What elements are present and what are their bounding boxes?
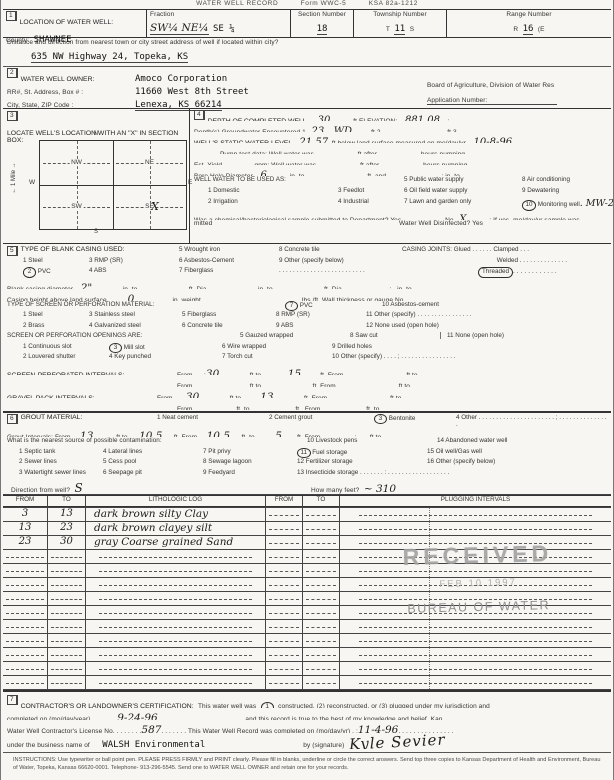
direction-distance-row: Direction from well? S How many feet? ~ … [7, 479, 607, 493]
range-value: 16 [523, 24, 534, 35]
circled-7: 7 [285, 301, 298, 312]
license-label: Water Well Contractor's License No. . . … [7, 728, 141, 733]
direction-label: Direction from well? [11, 487, 70, 494]
log-cell-empty [48, 620, 86, 633]
casing-option: 7 Fiberglass [179, 267, 279, 274]
log-table-body [3, 550, 611, 690]
contamination-options: What is the nearest source of possible c… [7, 437, 607, 479]
log-cell-empty [3, 606, 48, 619]
section-6-grout: 6GROUT MATERIAL: 1 Neat cement 2 Cement … [3, 412, 611, 496]
contamination-option: 4 Lateral lines [103, 448, 203, 455]
signature-label: by (signature) [303, 742, 344, 749]
range-cell: Range Number R 16 (E [446, 10, 611, 37]
use-option: 8 Air conditioning [522, 176, 614, 187]
quadrant-nw: NW [40, 141, 113, 185]
log-table-empty-row [3, 592, 611, 606]
section-number-label: Section Number [294, 11, 350, 18]
log-cell-empty [303, 522, 340, 535]
col-header-plugging: PLUGGING INTERVALS [340, 496, 611, 507]
gravel-interval-from: 30 [186, 391, 199, 399]
casing-option: 8 Concrete tile [279, 246, 402, 253]
form-title: WATER WELL RECORD [196, 0, 278, 7]
col-header-from-2: FROM [266, 496, 303, 507]
log-from: 13 [3, 522, 48, 535]
log-cell-empty [266, 676, 303, 689]
log-cell-empty [340, 676, 611, 689]
sample-tail: . . . . . . ; If yes, mo/day/yr sample w… [466, 217, 579, 220]
screen-interval-to: 15 [288, 368, 301, 376]
openings-option: 7 Torch cut [222, 353, 332, 360]
log-table-empty-row [3, 620, 611, 634]
quadrant-ne: NE [113, 141, 186, 185]
screen-openings-options: SCREEN OR PERFORATION OPENINGS ARE: 5 Ga… [7, 332, 607, 364]
openings-option-mill-slot: 3 Mill slot [109, 343, 222, 354]
col-header-lithologic-log: LITHOLOGIC LOG [86, 496, 266, 507]
log-table-row: 13 23 dark brown clayey silt [3, 522, 611, 536]
log-cell-empty [340, 564, 611, 577]
casing-option: 4 ABS [89, 267, 179, 274]
quadrant-sw-label: SW [69, 203, 83, 210]
log-cell-empty [48, 564, 86, 577]
openings-title: SCREEN OR PERFORATION OPENINGS ARE: [7, 332, 240, 339]
log-cell-empty [86, 634, 266, 647]
log-cell-empty [340, 592, 611, 605]
log-cell-empty [48, 606, 86, 619]
log-cell-empty [3, 634, 48, 647]
contamination-option: 1 Septic tank [7, 448, 103, 455]
interval-row-2: From. . . . . . . . . . . . . . . ft to … [177, 383, 469, 387]
casing-option-pvc: 2 PVC [7, 267, 89, 278]
log-cell-empty [303, 592, 340, 605]
use-option: 4 Industrial [338, 198, 404, 209]
use-option: 2 Irrigation [194, 198, 338, 209]
screen-material-title: TYPE OF SCREEN OR PERFORATION MATERIAL: [7, 301, 285, 308]
log-cell-empty [86, 578, 266, 591]
contamination-option: 10 Livestock pens [307, 437, 437, 444]
log-cell-empty [303, 564, 340, 577]
screen-option: 9 ABS [276, 322, 366, 329]
log-to: 23 [48, 522, 86, 535]
log-cell-empty [3, 578, 48, 591]
log-to: 13 [48, 508, 86, 521]
well-address: 635 NW Highway 24, Topeka, KS [31, 52, 188, 63]
business-name-label: under the business name of [7, 742, 90, 749]
log-cell-empty [48, 676, 86, 689]
log-cell-empty [48, 648, 86, 661]
log-table-header: FROM TO LITHOLOGIC LOG FROM TO PLUGGING … [3, 496, 611, 508]
casing-option: 1 Steel [7, 257, 89, 264]
casing-joints-label: CASING JOINTS: Glued . . . . . . Clamped… [402, 246, 607, 253]
log-cell-empty [48, 592, 86, 605]
log-cell-empty [340, 522, 611, 535]
screen-pvc-label: PVC [300, 302, 313, 309]
openings-option: 10 Other (specify) . . . . ; . . . . . .… [332, 353, 422, 360]
log-cell-empty [48, 550, 86, 563]
screen-option: 4 Galvanized steel [89, 322, 182, 329]
section-2-number: 2 [7, 68, 18, 78]
sample-tail2: mitted [194, 220, 212, 227]
col-header-from: FROM [3, 496, 48, 507]
log-description: gray Coarse grained Sand [86, 536, 266, 549]
openings-option: 4 Key punched [109, 353, 222, 360]
fraction-cell: Fraction SW¼ NE¼ SE ¼ [146, 10, 290, 37]
log-table-empty-row [3, 606, 611, 620]
section-3-number: 3 [7, 111, 18, 121]
log-cell-empty [266, 578, 303, 591]
casing-other-dots: . . . . . . . . . . . . . . . . . . . . … [279, 267, 402, 274]
section-5-casing: 5TYPE OF BLANK CASING USED: 5 Wrought ir… [3, 244, 611, 412]
compass-east-label: E [188, 179, 192, 186]
openings-option: 2 Louvered shutter [7, 353, 109, 360]
log-cell-empty [86, 550, 266, 563]
log-cell-empty [266, 606, 303, 619]
log-cell-empty [266, 564, 303, 577]
use-title: WELL WATER TO BE USED AS: [194, 176, 338, 187]
log-cell-empty [86, 564, 266, 577]
casing-title: TYPE OF BLANK CASING USED: [21, 246, 125, 253]
log-cell-empty [303, 648, 340, 661]
screen-option: 6 Concrete tile [182, 322, 276, 329]
log-cell-empty [303, 676, 340, 689]
casing-option: 3 RMP (SR) [89, 257, 179, 264]
quadrant-sw: SW [40, 185, 113, 229]
grout-v3: 10.5 [207, 430, 230, 438]
log-cell-empty [86, 592, 266, 605]
location-cell: 1LOCATION OF WATER WELL: County: SHAWNEE [3, 10, 146, 37]
log-cell-empty [86, 606, 266, 619]
completed-date: 9-24-96 [117, 712, 158, 721]
use-option: 5 Public water supply [404, 176, 522, 187]
screen-option: 3 Stainless steel [89, 311, 182, 318]
monitoring-label: Monitoring well [538, 201, 580, 208]
agency-block: Board of Agriculture, Division of Water … [427, 68, 607, 107]
form-number: Form WWC-5 [301, 0, 347, 7]
openings-option: 5 Gauzed wrapped [240, 332, 350, 339]
screen-option: 11 Other (specify) . . . . . . . . . . .… [366, 311, 607, 318]
log-cell-empty [340, 648, 611, 661]
mill-slot-label: Mill slot [124, 344, 145, 351]
use-option: 9 Dewatering [522, 187, 614, 198]
section-6-number: 6 [7, 414, 18, 424]
township-cell: Township Number T 11 S [353, 10, 446, 37]
section-5-number: 5 [7, 246, 18, 256]
log-cell-empty [340, 634, 611, 647]
use-option: 1 Domestic [194, 187, 338, 198]
log-table-row: 23 30 gray Coarse grained Sand [3, 536, 611, 550]
quadrant-nw-label: NW [69, 159, 84, 166]
business-name-value: WALSH Environmental [102, 740, 205, 749]
log-cell-empty [303, 662, 340, 675]
log-cell-empty [303, 508, 340, 521]
log-description: dark brown clayey silt [86, 522, 266, 535]
log-cell-empty [3, 620, 48, 633]
screen-option: 8 RMP (SR) [276, 311, 366, 318]
contamination-option: 5 Cess pool [103, 458, 203, 465]
section-3-4-row: 3LOCATE WELL'S LOCATION WITH AN "X" IN S… [3, 109, 611, 244]
circled-2: 2 [23, 267, 36, 278]
well-location-x-mark: X [151, 200, 159, 213]
screen-option: 12 None used (open hole) [366, 322, 607, 329]
distance-row: Distance and direction from nearest town… [3, 38, 611, 67]
casing-diameter-value: 2" [81, 282, 93, 290]
contamination-option: 2 Sewer lines [7, 458, 103, 465]
contamination-title: What is the nearest source of possible c… [7, 437, 307, 444]
log-cell-empty [340, 620, 611, 633]
log-cell-empty [48, 634, 86, 647]
col-header-to-2: TO [303, 496, 340, 507]
contamination-option: 7 Pit privy [203, 448, 297, 455]
section-4-number: 4 [194, 110, 205, 120]
gravel-interval-to: 13 [260, 391, 273, 399]
direction-value: S [75, 481, 83, 495]
log-cell-empty [3, 648, 48, 661]
owner-fields: 2WATER WELL OWNER:Amoco Corporation RR#,… [7, 68, 427, 107]
log-cell-empty [3, 564, 48, 577]
section-box-panel: 3LOCATE WELL'S LOCATION WITH AN "X" IN S… [3, 109, 190, 243]
log-cell-empty [266, 648, 303, 661]
water-use-options: WELL WATER TO BE USED AS: 1 Domestic 2 I… [194, 176, 614, 209]
grout-title: GROUT MATERIAL: [21, 414, 83, 421]
log-cell-empty [340, 662, 611, 675]
section-box-diagram: NW NE SW SE X [39, 140, 187, 230]
fuel-storage-label: Fuel storage [312, 449, 347, 456]
contamination-option: 13 Insecticide storage . . . . . . . : .… [297, 469, 607, 476]
grout-v1: 13 [80, 430, 93, 438]
log-table-empty-row [3, 662, 611, 676]
feet-label: How many feet? [311, 487, 359, 494]
log-cell-empty [266, 550, 303, 563]
casing-joint-welded: Welded . . . . . . . . . . . . . . [402, 257, 607, 264]
range-label: Range Number [450, 11, 608, 18]
location-header-row: 1LOCATION OF WATER WELL: County: SHAWNEE… [3, 9, 611, 38]
bentonite-label: Bentonite [389, 415, 416, 422]
one-mile-scale-label: ← 1 Mile → [11, 143, 17, 213]
section-7-certification: 7CONTRACTOR'S OR LANDOWNER'S CERTIFICATI… [3, 690, 611, 750]
openings-option: 1 Continuous slot [7, 343, 109, 350]
log-cell-empty [303, 578, 340, 591]
owner-city-label: City, State, ZIP Code : [7, 102, 135, 109]
lithologic-log-table: FROM TO LITHOLOGIC LOG FROM TO PLUGGING … [3, 495, 611, 690]
log-table-empty-row [3, 550, 611, 564]
form-title-row: WATER WELL RECORD Form WWC-5 KSA 82a-121… [3, 0, 611, 9]
contamination-option: 12 Fertilizer storage [297, 458, 427, 465]
section-1-number: 1 [6, 11, 17, 21]
interval-row-4: From ft to ft. From ft to [177, 406, 379, 410]
screen-option: 5 Fiberglass [182, 311, 276, 318]
screen-material-options: TYPE OF SCREEN OR PERFORATION MATERIAL: … [7, 301, 607, 333]
contamination-option-fuel: 11 Fuel storage [297, 448, 427, 459]
compass-west-label: W [29, 179, 35, 186]
grout-option: 4 Other . . . . . . . . . . . . . . . . … [456, 414, 607, 428]
range-r: R [513, 26, 518, 33]
log-cell-empty [266, 634, 303, 647]
log-cell-empty [340, 550, 611, 563]
grout-option: 1 Neat cement [157, 414, 269, 421]
township-s: S [410, 26, 414, 33]
form-instructions: INSTRUCTIONS: Use typewriter or ball poi… [3, 752, 611, 772]
circled-3: 3 [109, 343, 122, 354]
license-number: 587 [141, 724, 161, 733]
screen-interval-from: 30 [206, 368, 219, 376]
log-cell-empty [266, 620, 303, 633]
grout-v4: .5 [272, 430, 282, 438]
circled-3-bentonite: 3 [374, 414, 387, 425]
log-cell-empty [303, 634, 340, 647]
contamination-option: 15 Oil well/Gas well [427, 448, 607, 455]
log-cell-empty [340, 578, 611, 591]
screen-option: 10 Asbestos-cement [382, 301, 607, 308]
certification-title: CONTRACTOR'S OR LANDOWNER'S CERTIFICATIO… [21, 703, 194, 708]
casing-option: 9 Other (specify below) [279, 257, 402, 264]
log-cell-empty [48, 662, 86, 675]
fraction-handwritten: SW¼ NE¼ [150, 22, 209, 35]
threaded-circled: Threaded [478, 267, 513, 278]
log-table-empty-row [3, 648, 611, 662]
section-number-cell: Section Number 18 [290, 10, 353, 37]
use-option: 7 Lawn and garden only [404, 198, 522, 209]
log-cell-empty [266, 536, 303, 549]
signature-value: Kyle Sevier [348, 733, 445, 749]
log-cell-empty [3, 550, 48, 563]
log-cell-empty [3, 676, 48, 689]
application-number-label: Application Number: [427, 97, 487, 105]
log-cell-empty [340, 606, 611, 619]
log-cell-empty [266, 508, 303, 521]
casing-option: 5 Wrought iron [179, 246, 279, 253]
water-well-record-form: WATER WELL RECORD Form WWC-5 KSA 82a-121… [0, 0, 614, 780]
pvc-label: PVC [38, 268, 51, 275]
use-option: 6 Oil field water supply [404, 187, 522, 198]
grout-option-bentonite: 3 Bentonite [374, 414, 456, 425]
log-table-empty-row [3, 578, 611, 592]
certification-body-2: constructed, (2) reconstructed, or (3) p… [278, 703, 490, 708]
fraction-typed: SE ¼ [213, 24, 235, 34]
openings-option: 8 Saw cut [350, 332, 440, 339]
log-from: 3 [3, 508, 48, 521]
screen-option: 1 Steel [7, 311, 89, 318]
agency-name: Board of Agriculture, Division of Water … [427, 82, 607, 89]
certification-body: This water well was [198, 703, 256, 708]
township-t: T [386, 26, 390, 33]
log-cell-empty [266, 662, 303, 675]
contamination-option: 16 Other (specify below) [427, 458, 607, 465]
compass-north-label: N [94, 131, 98, 137]
grout-v2: 10.5 [139, 430, 162, 438]
log-cell-empty [303, 536, 340, 549]
log-table-empty-row [3, 634, 611, 648]
disinfected-question: Water Well Disinfected? Yes [399, 220, 483, 227]
contamination-option: 6 Seepage pit [103, 469, 203, 476]
casing-joint-threaded: Threaded. . . . . . . . . . . . [402, 267, 607, 278]
log-from: 23 [3, 536, 48, 549]
feet-value: ~ 310 [364, 483, 396, 495]
openings-option: 9 Drilled holes [332, 343, 422, 350]
log-cell-empty [48, 578, 86, 591]
contamination-option: 8 Sewage lagoon [203, 458, 297, 465]
form-sheet: WATER WELL RECORD Form WWC-5 KSA 82a-121… [1, 0, 613, 780]
log-cell-empty [340, 508, 611, 521]
contamination-option: 9 Feedyard [203, 469, 297, 476]
township-value: 11 [394, 24, 405, 35]
log-cell-empty [303, 550, 340, 563]
log-cell-empty [86, 620, 266, 633]
location-title: LOCATION OF WATER WELL: [20, 19, 114, 26]
quadrant-se: SE [113, 185, 186, 229]
log-cell-empty [3, 592, 48, 605]
casing-option: 6 Asbestos-Cement [179, 257, 279, 264]
section-number-value: 18 [317, 24, 328, 35]
log-cell-empty [3, 662, 48, 675]
log-table-empty-row [3, 564, 611, 578]
circled-1-constructed: 1 [261, 702, 274, 708]
quadrant-ne-label: NE [143, 159, 156, 166]
range-e: (E [538, 26, 545, 33]
township-label: Township Number [357, 11, 443, 18]
log-cell-empty [340, 536, 611, 549]
log-cell-empty [266, 592, 303, 605]
owner-block: 2WATER WELL OWNER:Amoco Corporation RR#,… [3, 67, 611, 109]
log-cell-empty [86, 648, 266, 661]
openings-option: 6 Wire wrapped [222, 343, 332, 350]
log-cell-empty [266, 522, 303, 535]
section-7-number: 7 [7, 695, 18, 705]
log-cell-empty [86, 662, 266, 675]
log-table-empty-row [3, 676, 611, 690]
log-cell-empty [303, 606, 340, 619]
log-cell-empty [86, 676, 266, 689]
circled-11: 11 [297, 448, 311, 459]
log-table-row: 3 13 dark brown silty Clay [3, 508, 611, 522]
screen-option-pvc: 7 PVC [285, 301, 382, 312]
log-description: dark brown silty Clay [86, 508, 266, 521]
log-cell-empty [303, 620, 340, 633]
contamination-option: 14 Abandoned water well [437, 437, 607, 444]
record-completed-date: 11-4-96 [358, 724, 399, 733]
screen-option: 2 Brass [7, 322, 89, 329]
distance-question: Distance and direction from nearest town… [7, 39, 607, 46]
license-mid: . . . . . . . This Water Well Record was… [161, 728, 357, 733]
col-header-to: TO [48, 496, 86, 507]
section-4-panel: 4DEPTH OF COMPLETED WELL . . .30. . . . … [190, 109, 614, 243]
use-option-monitoring: 10 Monitoring well. MW-27 . . . . . . . … [522, 198, 614, 209]
grout-option: 2 Cement grout [269, 414, 374, 421]
log-to: 30 [48, 536, 86, 549]
threaded-dots: . . . . . . . . . . . . [513, 268, 557, 275]
statute-number: KSA 82a-1212 [369, 0, 418, 7]
contamination-option: 3 Watertight sewer lines [7, 469, 103, 476]
openings-option: 11 None (open hole) [440, 332, 607, 339]
use-option: 3 Feedlot [338, 187, 404, 198]
monitoring-well-id: . MW-27 . . . . . . . . . . . . . . . . … [580, 198, 614, 209]
fraction-label: Fraction [150, 11, 287, 18]
